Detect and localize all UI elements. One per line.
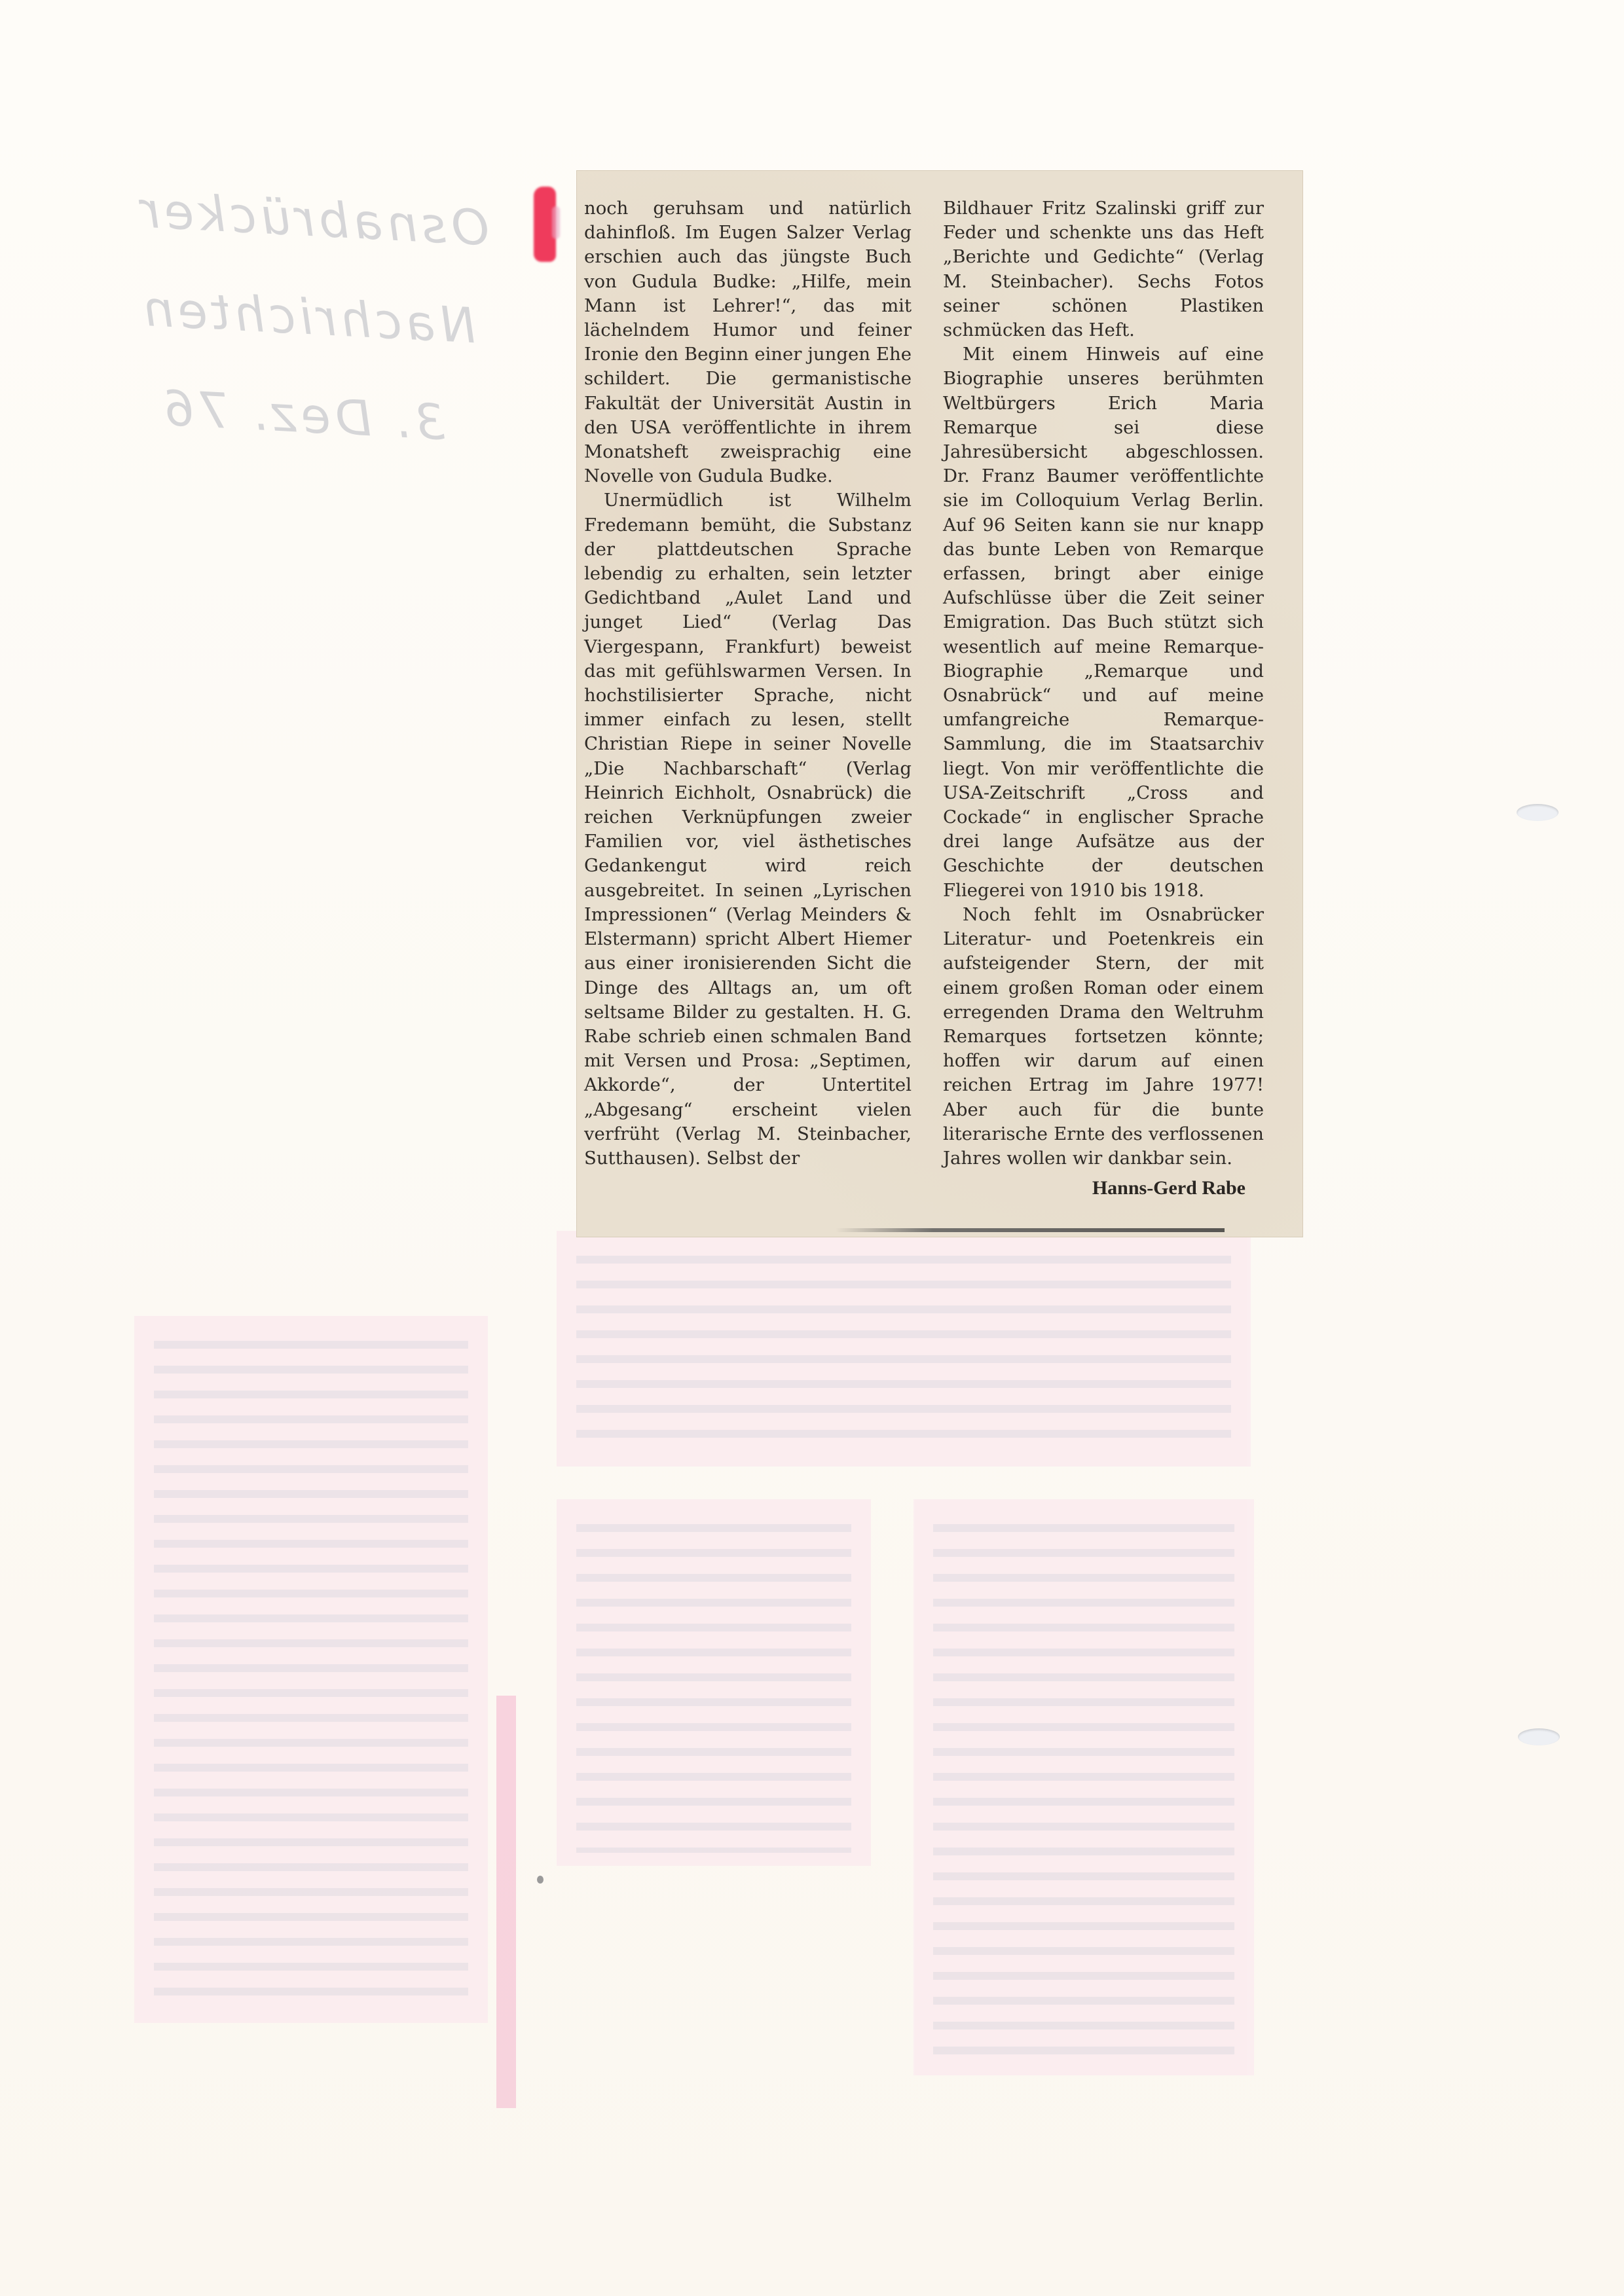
handnote-line-1: Osnabrücker — [127, 161, 498, 278]
newspaper-clipping: noch geruhsam und natürlich dahinfloß. I… — [576, 170, 1303, 1237]
handnote-line-2: Nachrichten — [122, 259, 493, 376]
bleed-through-pink-strip — [496, 1696, 516, 2108]
author-byline: Hanns-Gerd Rabe — [943, 1176, 1264, 1200]
handnote-line-3: 3. Dez. 76 — [117, 357, 489, 474]
punch-hole — [1517, 804, 1559, 821]
bleed-through-text-block — [557, 1231, 1251, 1467]
paragraph: Bildhauer Fritz Szalinski griff zur Fede… — [943, 196, 1264, 342]
bleed-through-text-block — [134, 1316, 488, 2023]
paragraph: Noch fehlt im Osnabrücker Literatur- und… — [943, 903, 1264, 1171]
red-marker-stroke — [534, 187, 556, 262]
paragraph: Unermüdlich ist Wilhelm Fredemann bemüht… — [584, 488, 912, 1171]
bleed-through-text-block — [913, 1499, 1254, 2075]
article-column-right: Bildhauer Fritz Szalinski griff zur Fede… — [943, 196, 1264, 1200]
bleed-through-text-block — [557, 1499, 871, 1866]
paragraph: noch geruhsam und natürlich dahinfloß. I… — [584, 196, 912, 488]
paragraph: Mit einem Hinweis auf eine Biographie un… — [943, 342, 1264, 903]
dirt-speck — [537, 1876, 544, 1884]
article-column-left: noch geruhsam und natürlich dahinfloß. I… — [584, 196, 912, 1171]
clipping-bottom-rule — [576, 1228, 1225, 1232]
punch-hole — [1518, 1728, 1560, 1745]
handwritten-source-note: Osnabrücker Nachrichten 3. Dez. 76 — [117, 161, 499, 475]
